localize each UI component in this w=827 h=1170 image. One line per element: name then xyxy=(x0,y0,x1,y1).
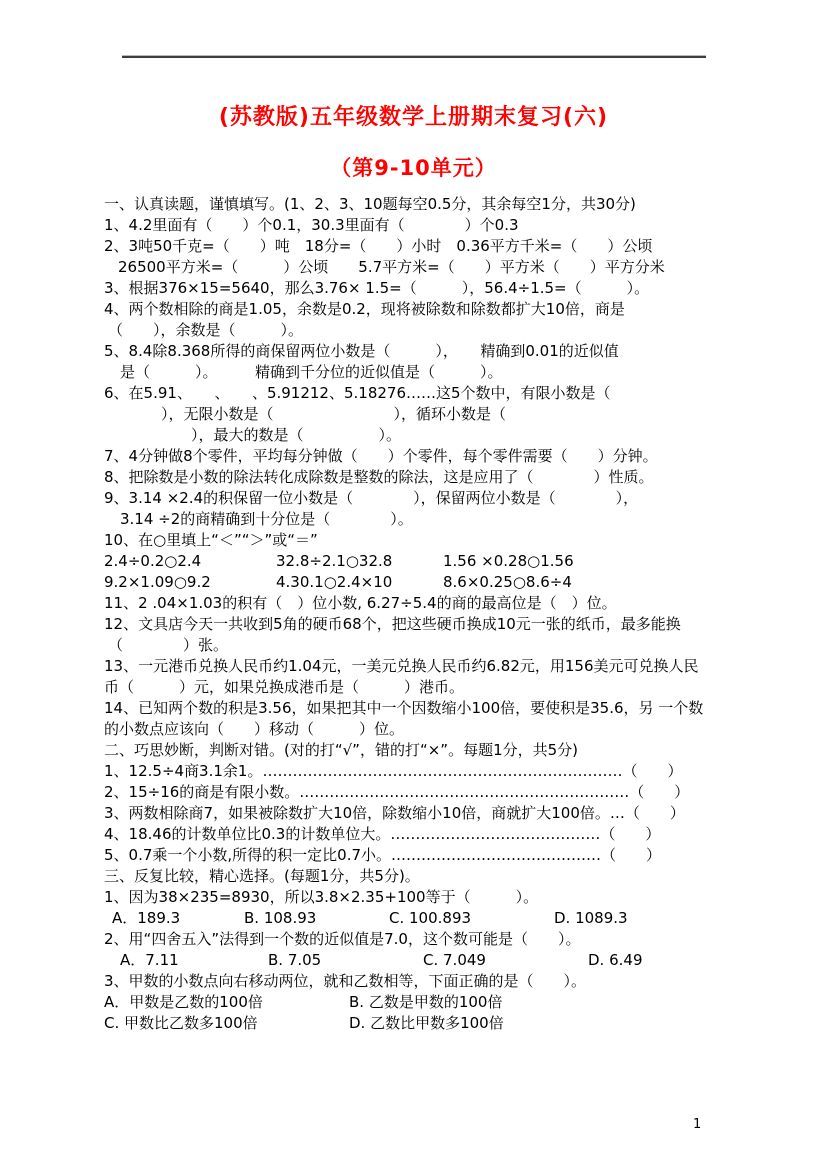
text-col: C. 甲数比乙数多100倍 xyxy=(104,1013,349,1034)
text-line: 三、反复比较，精心选择。(每题1分，共5分)。 xyxy=(104,866,754,887)
text-line: ），无限小数是（ ），循环小数是（ xyxy=(104,404,754,425)
text-col: B. 108.93 xyxy=(244,908,389,929)
text-line: 13、一元港币兑换人民币约1.04元，一美元兑换人民币约6.82元，用156美元… xyxy=(104,656,754,677)
text-line: 币（ ）元，如果兑换成港币是（ ）港币。 xyxy=(104,677,754,698)
text-line: 12、文具店今天一共收到5角的硬币68个，把这些硬币换成10元一张的纸币，最多能… xyxy=(104,614,754,635)
text-col: B. 乙数是甲数的100倍 xyxy=(349,993,502,1011)
text-line: 2、15÷16的商是有限小数。…………………………………………………………（ ） xyxy=(104,782,754,803)
text-line: 6、在5.91、 、 、5.91212、5.18276……这5个数中，有限小数是… xyxy=(104,383,754,404)
text-col: A．189.3 xyxy=(112,908,244,929)
text-line: （ ）张。 xyxy=(104,635,754,656)
text-line: 11、2 .04×1.03的积有（ ）位小数, 6.27÷5.4的商的最高位是（… xyxy=(104,593,754,614)
header-rule xyxy=(122,55,706,58)
text-col: D. 6.49 xyxy=(588,951,643,969)
text-col: C. 100.893 xyxy=(389,908,554,929)
document-body: 一、认真读题，谨慎填写。(1、2、3、10题每空0.5分，其余每空1分，共30分… xyxy=(104,194,754,1034)
text-line: 2.4÷0.2○2.432.8÷2.1○32.81.56 ×0.28○1.56 xyxy=(104,551,754,572)
text-line: 是（ ）。 精确到千分位的近似值是（ ）。 xyxy=(104,362,754,383)
text-col: C. 7.049 xyxy=(423,950,588,971)
text-line: 7、4分钟做8个零件，平均每分钟做（ ）个零件，每个零件需要（ ）分钟。 xyxy=(104,446,754,467)
text-col: A．7.11 xyxy=(120,950,268,971)
page-title: (苏教版)五年级数学上册期末复习(六) xyxy=(0,100,827,131)
text-line: ），最大的数是（ ）。 xyxy=(104,425,754,446)
text-col: A．甲数是乙数的100倍 xyxy=(104,992,349,1013)
text-line: 8、把除数是小数的除法转化成除数是整数的除法，这是应用了（ ）性质。 xyxy=(104,467,754,488)
text-col: D. 1089.3 xyxy=(554,909,628,927)
text-col: 32.8÷2.1○32.8 xyxy=(276,551,443,572)
text-line: 3、甲数的小数点向右移动两位，就和乙数相等，下面正确的是（ ）。 xyxy=(104,971,754,992)
text-line: A．7.11B. 7.05C. 7.049D. 6.49 xyxy=(104,950,754,971)
text-col: 9.2×1.09○9.2 xyxy=(104,572,276,593)
text-line: A．189.3B. 108.93C. 100.893D. 1089.3 xyxy=(104,908,754,929)
text-line: 的小数点应该向（ ）移动（ ）位。 xyxy=(104,719,754,740)
text-line: A．甲数是乙数的100倍B. 乙数是甲数的100倍 xyxy=(104,992,754,1013)
text-line: 2、用“四舍五入”法得到一个数的近似值是7.0，这个数可能是（ ）。 xyxy=(104,929,754,950)
page-subtitle: （第9-10单元） xyxy=(0,152,827,182)
text-line: 3、两数相除商7，如果被除数扩大10倍，除数缩小10倍，商就扩大100倍。…（ … xyxy=(104,803,754,824)
text-col: B. 7.05 xyxy=(268,950,423,971)
text-line: 1、4.2里面有（ ）个0.1，30.3里面有（ ）个0.3 xyxy=(104,215,754,236)
worksheet-page: (苏教版)五年级数学上册期末复习(六) （第9-10单元） 一、认真读题，谨慎填… xyxy=(0,0,827,1170)
text-line: 4、两个数相除的商是1.05，余数是0.2，现将被除数和除数都扩大10倍，商是 xyxy=(104,299,754,320)
text-line: 9.2×1.09○9.24.30.1○2.4×108.6×0.25○8.6÷4 xyxy=(104,572,754,593)
text-col: D. 乙数比甲数多100倍 xyxy=(349,1014,504,1032)
text-line: 1、因为38×235=8930，所以3.8×2.35+100等于（ ）。 xyxy=(104,887,754,908)
text-line: 3.14 ÷2的商精确到十分位是（ ）。 xyxy=(104,509,754,530)
text-line: C. 甲数比乙数多100倍D. 乙数比甲数多100倍 xyxy=(104,1013,754,1034)
text-line: 5、0.7乘一个小数,所得的积一定比0.7小。……………………………………（ ） xyxy=(104,845,754,866)
text-line: 4、18.46的计数单位比0.3的计数单位大。……………………………………（ ） xyxy=(104,824,754,845)
text-line: 1、12.5÷4商3.1余1。………………………………………………………………（… xyxy=(104,761,754,782)
text-line: 一、认真读题，谨慎填写。(1、2、3、10题每空0.5分，其余每空1分，共30分… xyxy=(104,194,754,215)
text-line: （ ），余数是（ ）。 xyxy=(104,320,754,341)
text-line: 二、巧思妙断，判断对错。(对的打“√”，错的打“×”。每题1分，共5分) xyxy=(104,740,754,761)
text-line: 3、根据376×15=5640，那么3.76× 1.5=（ ），56.4÷1.5… xyxy=(104,278,754,299)
text-line: 9、3.14 ×2.4的积保留一位小数是（ ），保留两位小数是（ ）， xyxy=(104,488,754,509)
text-col: 2.4÷0.2○2.4 xyxy=(104,551,276,572)
text-line: 5、8.4除8.368所得的商保留两位小数是（ ）， 精确到0.01的近似值 xyxy=(104,341,754,362)
text-line: 10、在○里填上“＜”“＞”或“＝” xyxy=(104,530,754,551)
text-col: 4.30.1○2.4×10 xyxy=(276,572,443,593)
text-col: 1.56 ×0.28○1.56 xyxy=(443,552,574,570)
text-line: 14、已知两个数的积是3.56，如果把其中一个因数缩小100倍，要使积是35.6… xyxy=(104,698,754,719)
text-line: 26500平方米=（ ）公顷 5.7平方米=（ ）平方米（ ）平方分米 xyxy=(104,257,754,278)
text-line: 2、3吨50千克=（ ）吨 18分=（ ）小时 0.36平方千米=（ ）公顷 xyxy=(104,236,754,257)
text-col: 8.6×0.25○8.6÷4 xyxy=(443,573,572,591)
page-number: 1 xyxy=(693,1117,701,1133)
